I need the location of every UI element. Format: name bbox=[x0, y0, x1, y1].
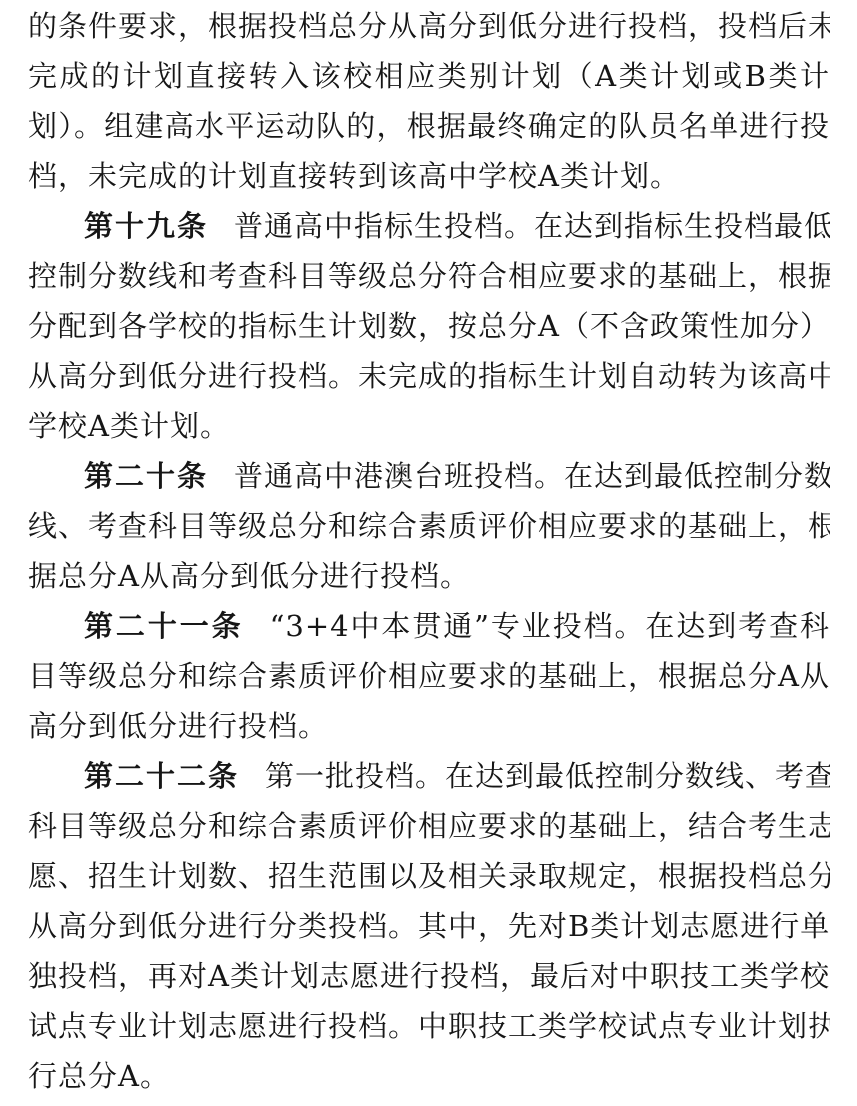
text-line: 分配到各学校的指标生计划数，按总分A（不含政策性加分） bbox=[28, 301, 830, 351]
text-line: 学校A类计划。 bbox=[28, 401, 830, 451]
text-line: “3+4中本贯通”专业投档。在达到考查科 bbox=[270, 609, 830, 643]
text-line: 普通高中港澳台班投档。在达到最低控制分数 bbox=[234, 459, 830, 493]
text-line: 完成的计划直接转入该校相应类别计划（A类计划或B类计 bbox=[28, 51, 830, 101]
article-heading-line: 第十九条普通高中指标生投档。在达到指标生投档最低 bbox=[28, 201, 830, 251]
article-number: 第二十条 bbox=[84, 459, 208, 493]
article-22: 第二十二条第一批投档。在达到最低控制分数线、考查 科目等级总分和综合素质评价相应… bbox=[28, 751, 830, 1101]
article-number: 第二十一条 bbox=[84, 609, 244, 643]
text-line: 独投档，再对A类计划志愿进行投档，最后对中职技工类学校 bbox=[28, 951, 830, 1001]
text-line: 从高分到低分进行分类投档。其中，先对B类计划志愿进行单 bbox=[28, 901, 830, 951]
article-heading-line: 第二十二条第一批投档。在达到最低控制分数线、考查 bbox=[28, 751, 830, 801]
article-number: 第二十二条 bbox=[84, 759, 239, 793]
paragraph-continuation: 的条件要求，根据投档总分从高分到低分进行投档，投档后未 完成的计划直接转入该校相… bbox=[28, 1, 830, 201]
document-page: 的条件要求，根据投档总分从高分到低分进行投档，投档后未 完成的计划直接转入该校相… bbox=[0, 0, 857, 1106]
article-19: 第十九条普通高中指标生投档。在达到指标生投档最低 控制分数线和考查科目等级总分符… bbox=[28, 201, 830, 451]
text-line: 愿、招生计划数、招生范围以及相关录取规定，根据投档总分 bbox=[28, 851, 830, 901]
text-line: 试点专业计划志愿进行投档。中职技工类学校试点专业计划执 bbox=[28, 1001, 830, 1051]
text-line: 划）。组建高水平运动队的，根据最终确定的队员名单进行投 bbox=[28, 101, 830, 151]
text-line: 从高分到低分进行投档。未完成的指标生计划自动转为该高中 bbox=[28, 351, 830, 401]
text-line: 据总分A从高分到低分进行投档。 bbox=[28, 551, 830, 601]
text-line: 档，未完成的计划直接转到该高中学校A类计划。 bbox=[28, 151, 830, 201]
text-line: 高分到低分进行投档。 bbox=[28, 701, 830, 751]
article-number: 第十九条 bbox=[84, 209, 208, 243]
text-line: 第一批投档。在达到最低控制分数线、考查 bbox=[265, 759, 830, 793]
text-line: 的条件要求，根据投档总分从高分到低分进行投档，投档后未 bbox=[28, 1, 830, 51]
text-line: 控制分数线和考查科目等级总分符合相应要求的基础上，根据 bbox=[28, 251, 830, 301]
text-line: 行总分A。 bbox=[28, 1051, 830, 1101]
article-21: 第二十一条“3+4中本贯通”专业投档。在达到考查科 目等级总分和综合素质评价相应… bbox=[28, 601, 830, 751]
text-line: 目等级总分和综合素质评价相应要求的基础上，根据总分A从 bbox=[28, 651, 830, 701]
text-line: 线、考查科目等级总分和综合素质评价相应要求的基础上，根 bbox=[28, 501, 830, 551]
article-20: 第二十条普通高中港澳台班投档。在达到最低控制分数 线、考查科目等级总分和综合素质… bbox=[28, 451, 830, 601]
text-line: 普通高中指标生投档。在达到指标生投档最低 bbox=[234, 209, 830, 243]
article-heading-line: 第二十一条“3+4中本贯通”专业投档。在达到考查科 bbox=[28, 601, 830, 651]
article-heading-line: 第二十条普通高中港澳台班投档。在达到最低控制分数 bbox=[28, 451, 830, 501]
text-line: 科目等级总分和综合素质评价相应要求的基础上，结合考生志 bbox=[28, 801, 830, 851]
